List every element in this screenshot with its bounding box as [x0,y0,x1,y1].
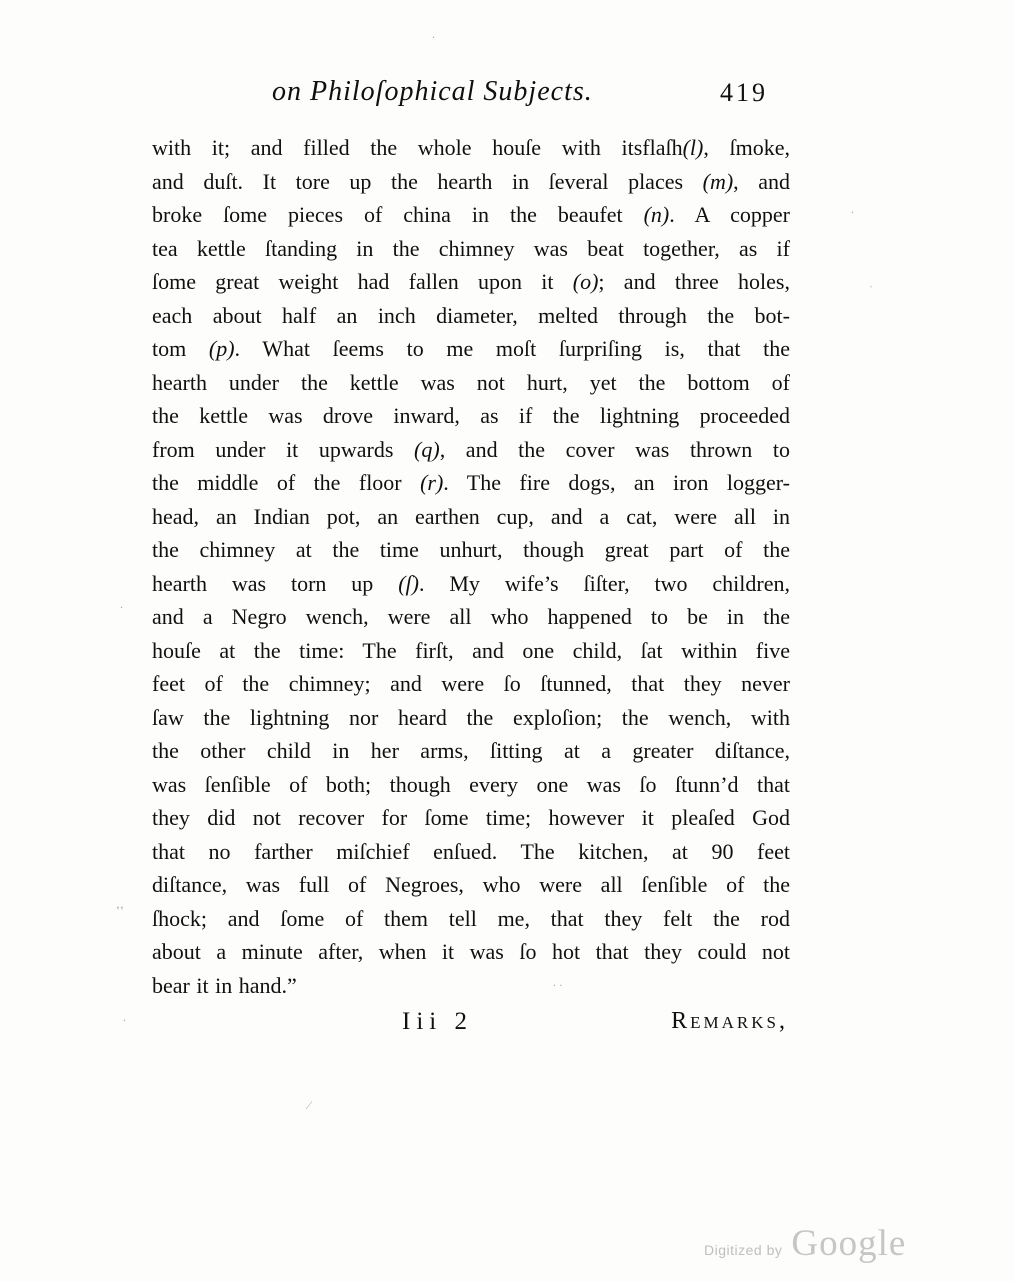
text-line: the other child in her arms, ſitting at … [152,734,790,768]
book-page: on Philoſophical Subjects. 419 with it; … [0,0,1014,1282]
scan-speckle: ‛‛ [116,903,124,918]
scan-speckle: · [120,600,123,615]
digitized-by-google-watermark: Digitized by Google [704,1222,906,1265]
text-line: tom (p). What ſeems to me moſt ſurpriſin… [152,332,790,366]
scan-speckle: · [851,205,854,220]
text-line: they did not recover for ſome time; howe… [152,801,790,835]
text-line: with it; and filled the whole houſe with… [152,131,790,165]
text-line: feet of the chimney; and were ſo ſtunned… [152,667,790,701]
text-line: ſome great weight had fallen upon it (o)… [152,265,790,299]
text-line: head, an Indian pot, an earthen cup, and… [152,500,790,534]
text-line: ſhock; and ſome of them tell me, that th… [152,902,790,936]
text-line: ſaw the lightning nor heard the exploſio… [152,701,790,735]
watermark-prefix: Digitized by [704,1242,782,1258]
text-line: the middle of the floor (r). The fire do… [152,466,790,500]
text-line: and duſt. It tore up the hearth in ſever… [152,165,790,199]
scan-speckle: · [123,1013,126,1028]
scan-speckle: ⁄ [308,1098,310,1113]
page-number: 419 [720,78,768,108]
signature-row: Iii 2 Remarks, [152,1008,790,1044]
text-line: from under it upwards (q), and the cover… [152,433,790,467]
page-header: on Philoſophical Subjects. 419 [152,76,790,118]
text-line: and a Negro wench, were all who happened… [152,600,790,634]
signature-mark: Iii 2 [402,1008,473,1036]
text-line: was ſenſible of both; though every one w… [152,768,790,802]
text-line: diſtance, was full of Negroes, who were … [152,868,790,902]
text-line: the chimney at the time unhurt, though g… [152,533,790,567]
text-line: bear it in hand.” [152,969,790,1003]
catchword: Remarks, [671,1008,788,1035]
running-title: on Philoſophical Subjects. [272,76,593,108]
text-line: about a minute after, when it was ſo hot… [152,935,790,969]
scan-speckle: ˈ [869,283,873,298]
text-line: broke ſome pieces of china in the beaufe… [152,198,790,232]
scan-speckle: · [432,30,435,45]
text-line: houſe at the time: The firſt, and one ch… [152,634,790,668]
body-text: with it; and filled the whole houſe with… [152,131,790,1002]
text-line: the kettle was drove inward, as if the l… [152,399,790,433]
google-logo: Google [791,1222,906,1265]
text-line: that no farther miſchief enſued. The kit… [152,835,790,869]
text-line: hearth was torn up (ſ). My wife’s ſiſter… [152,567,790,601]
text-line: hearth under the kettle was not hurt, ye… [152,366,790,400]
text-line: tea kettle ſtanding in the chimney was b… [152,232,790,266]
text-line: each about half an inch diameter, melted… [152,299,790,333]
